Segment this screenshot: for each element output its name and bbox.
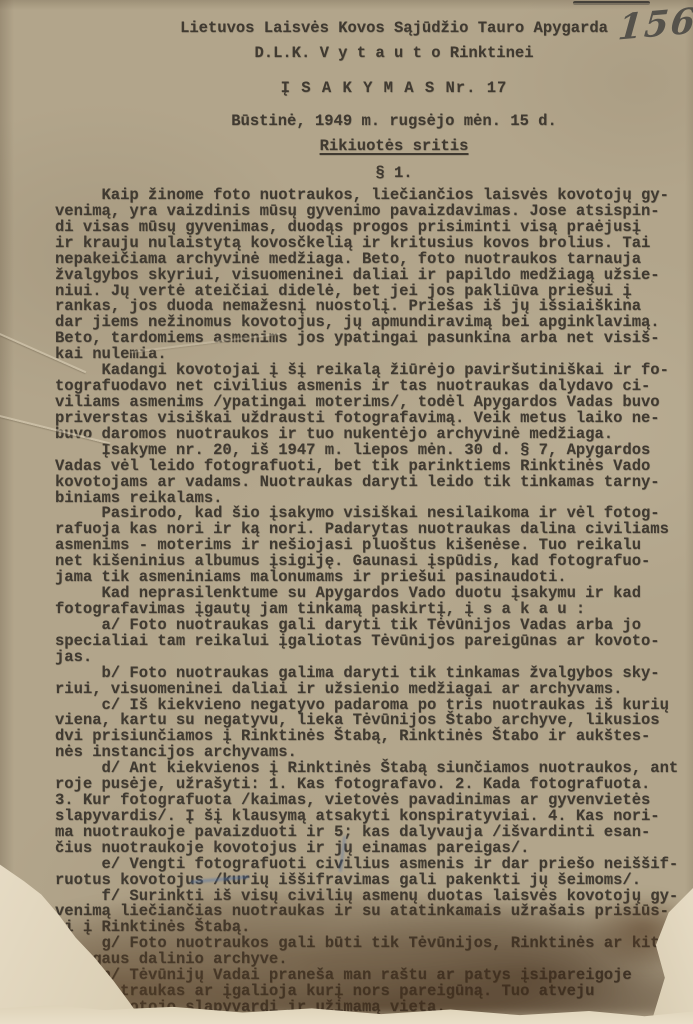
paragraph-mark: § 1.: [105, 165, 683, 181]
handwritten-page-number: 156: [616, 0, 693, 48]
organization-line: Lietuvos Laisvės Kovos Sąjūdžio Tauro Ap…: [105, 20, 683, 36]
unit-line: D.L.K. V y t a u t o Rinktinei: [105, 45, 683, 61]
text-line: specialiai tam reikalui įgaliotas Tėvūni…: [55, 634, 678, 650]
section-title: Rikiuotės sritis: [320, 137, 469, 155]
document-page: 156 Lietuvos Laisvės Kovos Sąjūdžio Taur…: [0, 0, 693, 1024]
pencil-top-line: [573, 1, 650, 5]
section-title-row: Rikiuotės sritis: [105, 138, 683, 154]
date-line: Būstinė, 1949 m. rugsėjo mėn. 15 d.: [105, 113, 683, 129]
order-title: Į S A K Y M A S Nr. 17: [105, 80, 683, 96]
document-header: Lietuvos Laisvės Kovos Sąjūdžio Tauro Ap…: [105, 20, 683, 181]
